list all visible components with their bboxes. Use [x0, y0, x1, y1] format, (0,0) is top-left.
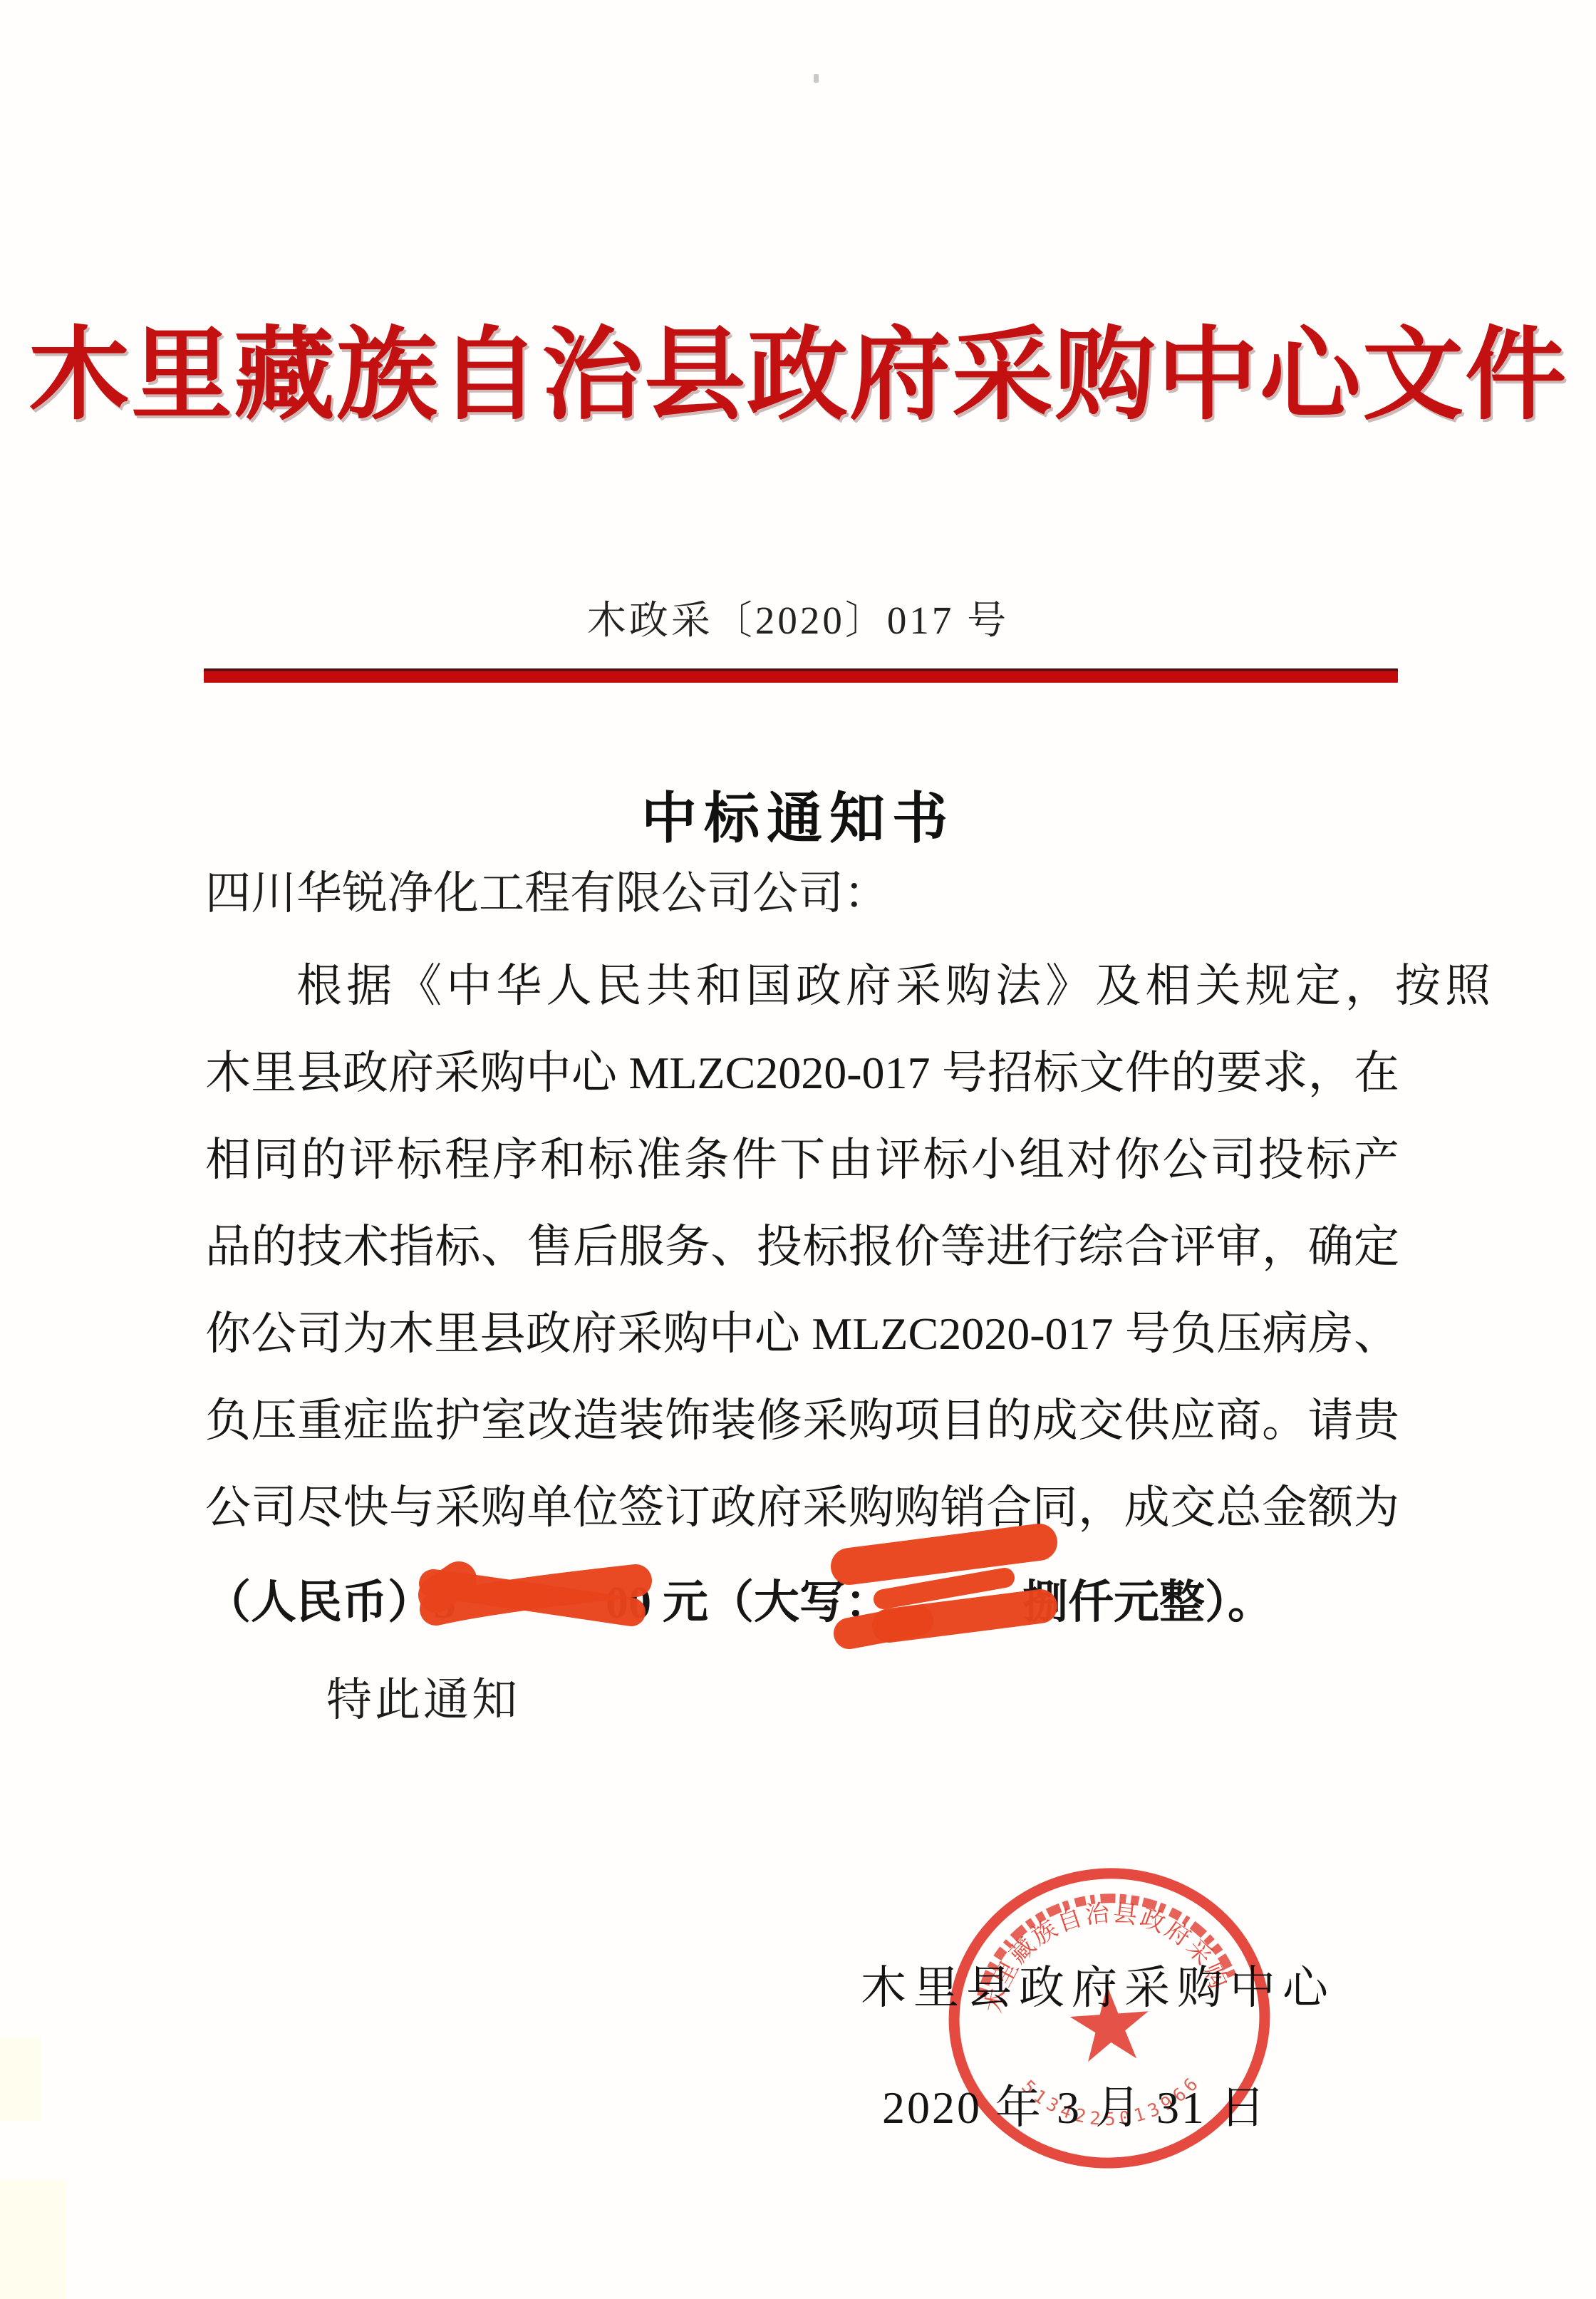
body-line: 相同的评标程序和标准条件下由评标小组对你公司投标产 [205, 1132, 1399, 1189]
red-star-icon [1068, 1983, 1151, 2062]
body-line: 品的技术指标、售后服务、投标报价等进行综合评审，确定 [205, 1219, 1399, 1276]
body-line: 木里县政府采购中心 MLZC2020-017 号招标文件的要求，在 [205, 1045, 1399, 1102]
body-line: 你公司为木里县政府采购中心 MLZC2020-017 号负压病房、 [205, 1306, 1399, 1363]
doc-number: 木政采〔2020〕017 号 [0, 589, 1596, 645]
closing-line: 特此通知 [326, 1663, 520, 1729]
scan-artifact [0, 2179, 67, 2299]
amount-line: （人民币）5 00 元（大写： 捌仟元整）。 [205, 1566, 1431, 1631]
notice-title: 中标通知书 [0, 774, 1596, 854]
addressee-line: 四川华锐净化工程有限公司公司： [205, 867, 1416, 921]
letterhead-title: 木里藏族自治县政府采购中心文件 [0, 295, 1596, 457]
redacted-amount-words [891, 1566, 1022, 1618]
official-seal: 木里藏族自治县政府采购中心 5134225013966 [931, 1850, 1287, 2186]
redaction-scribble-icon [775, 1521, 1082, 1660]
scan-speck [814, 74, 819, 83]
red-rule-divider [204, 668, 1398, 683]
scanned-document-page: 木里藏族自治县政府采购中心文件 木政采〔2020〕017 号 中标通知书 四川华… [0, 0, 1596, 2299]
body-line: 负压重症监护室改造装饰装修采购项目的成交供应商。请贵 [205, 1393, 1399, 1450]
amount-prefix: （人民币）5 [205, 1574, 456, 1631]
redaction-scribble-icon [422, 1548, 650, 1641]
redacted-amount-digits [456, 1566, 606, 1618]
scan-artifact [0, 2037, 41, 2121]
body-line: 根据《中华人民共和国政府采购法》及相关规定，按照 [205, 958, 1491, 1015]
seal-serial-number: 5134225013966 [1017, 2064, 1208, 2136]
